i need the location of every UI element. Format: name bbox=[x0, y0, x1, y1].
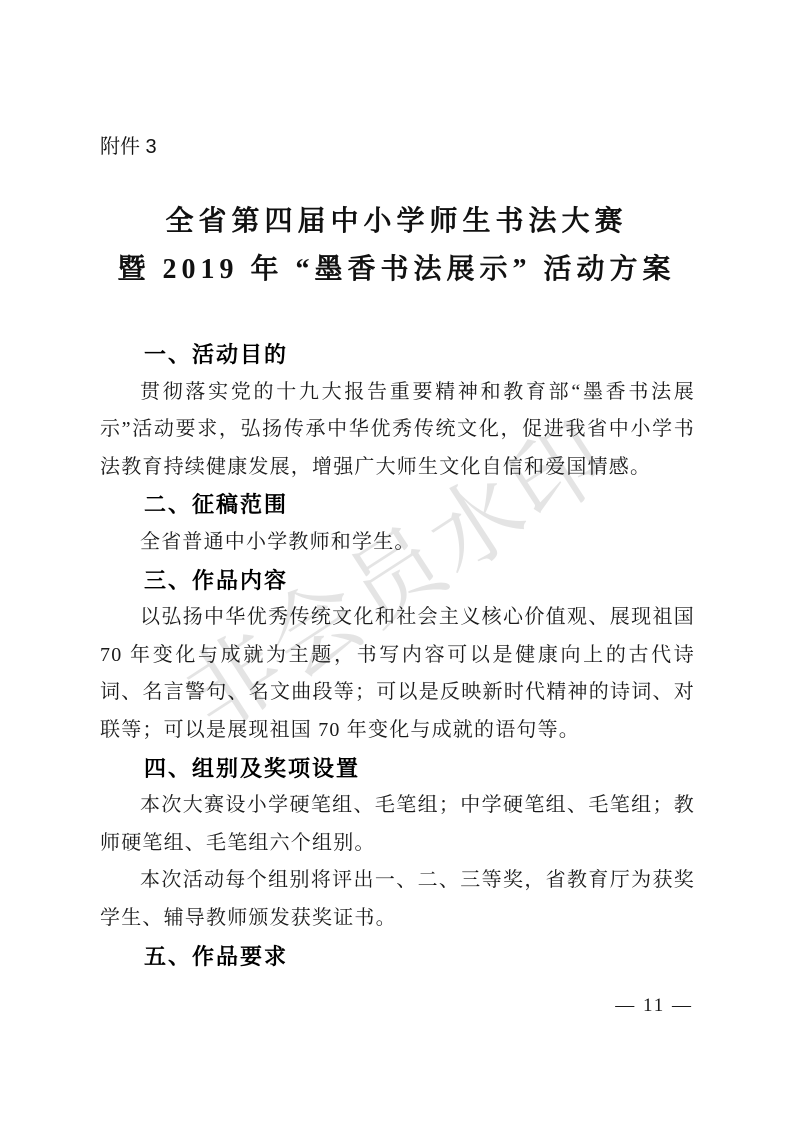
section-2-paragraph-1: 全省普通中小学教师和学生。 bbox=[100, 524, 695, 562]
attachment-label: 附件 3 bbox=[100, 130, 157, 159]
section-heading-5: 五、作品要求 bbox=[100, 938, 695, 976]
document-page: 非会员水印 附件 3 全省第四届中小学师生书法大赛 暨 2019 年 “墨香书法… bbox=[0, 0, 793, 1122]
section-heading-1: 一、活动目的 bbox=[100, 336, 695, 374]
section-heading-3: 三、作品内容 bbox=[100, 562, 695, 600]
section-heading-2: 二、征稿范围 bbox=[100, 486, 695, 524]
section-heading-4: 四、组别及奖项设置 bbox=[100, 750, 695, 788]
section-4-paragraph-2: 本次活动每个组别将评出一、二、三等奖，省教育厅为获奖学生、辅导教师颁发获奖证书。 bbox=[100, 862, 695, 937]
document-body: 一、活动目的 贯彻落实党的十九大报告重要精神和教育部“墨香书法展示”活动要求，弘… bbox=[100, 336, 695, 975]
doc-title: 全省第四届中小学师生书法大赛 暨 2019 年 “墨香书法展示” 活动方案 bbox=[0, 198, 793, 294]
section-4-paragraph-1: 本次大赛设小学硬笔组、毛笔组；中学硬笔组、毛笔组；教师硬笔组、毛笔组六个组别。 bbox=[100, 787, 695, 862]
section-3-paragraph-1: 以弘扬中华优秀传统文化和社会主义核心价值观、展现祖国 70 年变化与成就为主题，… bbox=[100, 599, 695, 749]
doc-title-line-2: 暨 2019 年 “墨香书法展示” 活动方案 bbox=[0, 246, 793, 294]
page-number: — 11 — bbox=[615, 995, 693, 1017]
section-1-paragraph-1: 贯彻落实党的十九大报告重要精神和教育部“墨香书法展示”活动要求，弘扬传承中华优秀… bbox=[100, 374, 695, 487]
doc-title-line-1: 全省第四届中小学师生书法大赛 bbox=[0, 198, 793, 246]
